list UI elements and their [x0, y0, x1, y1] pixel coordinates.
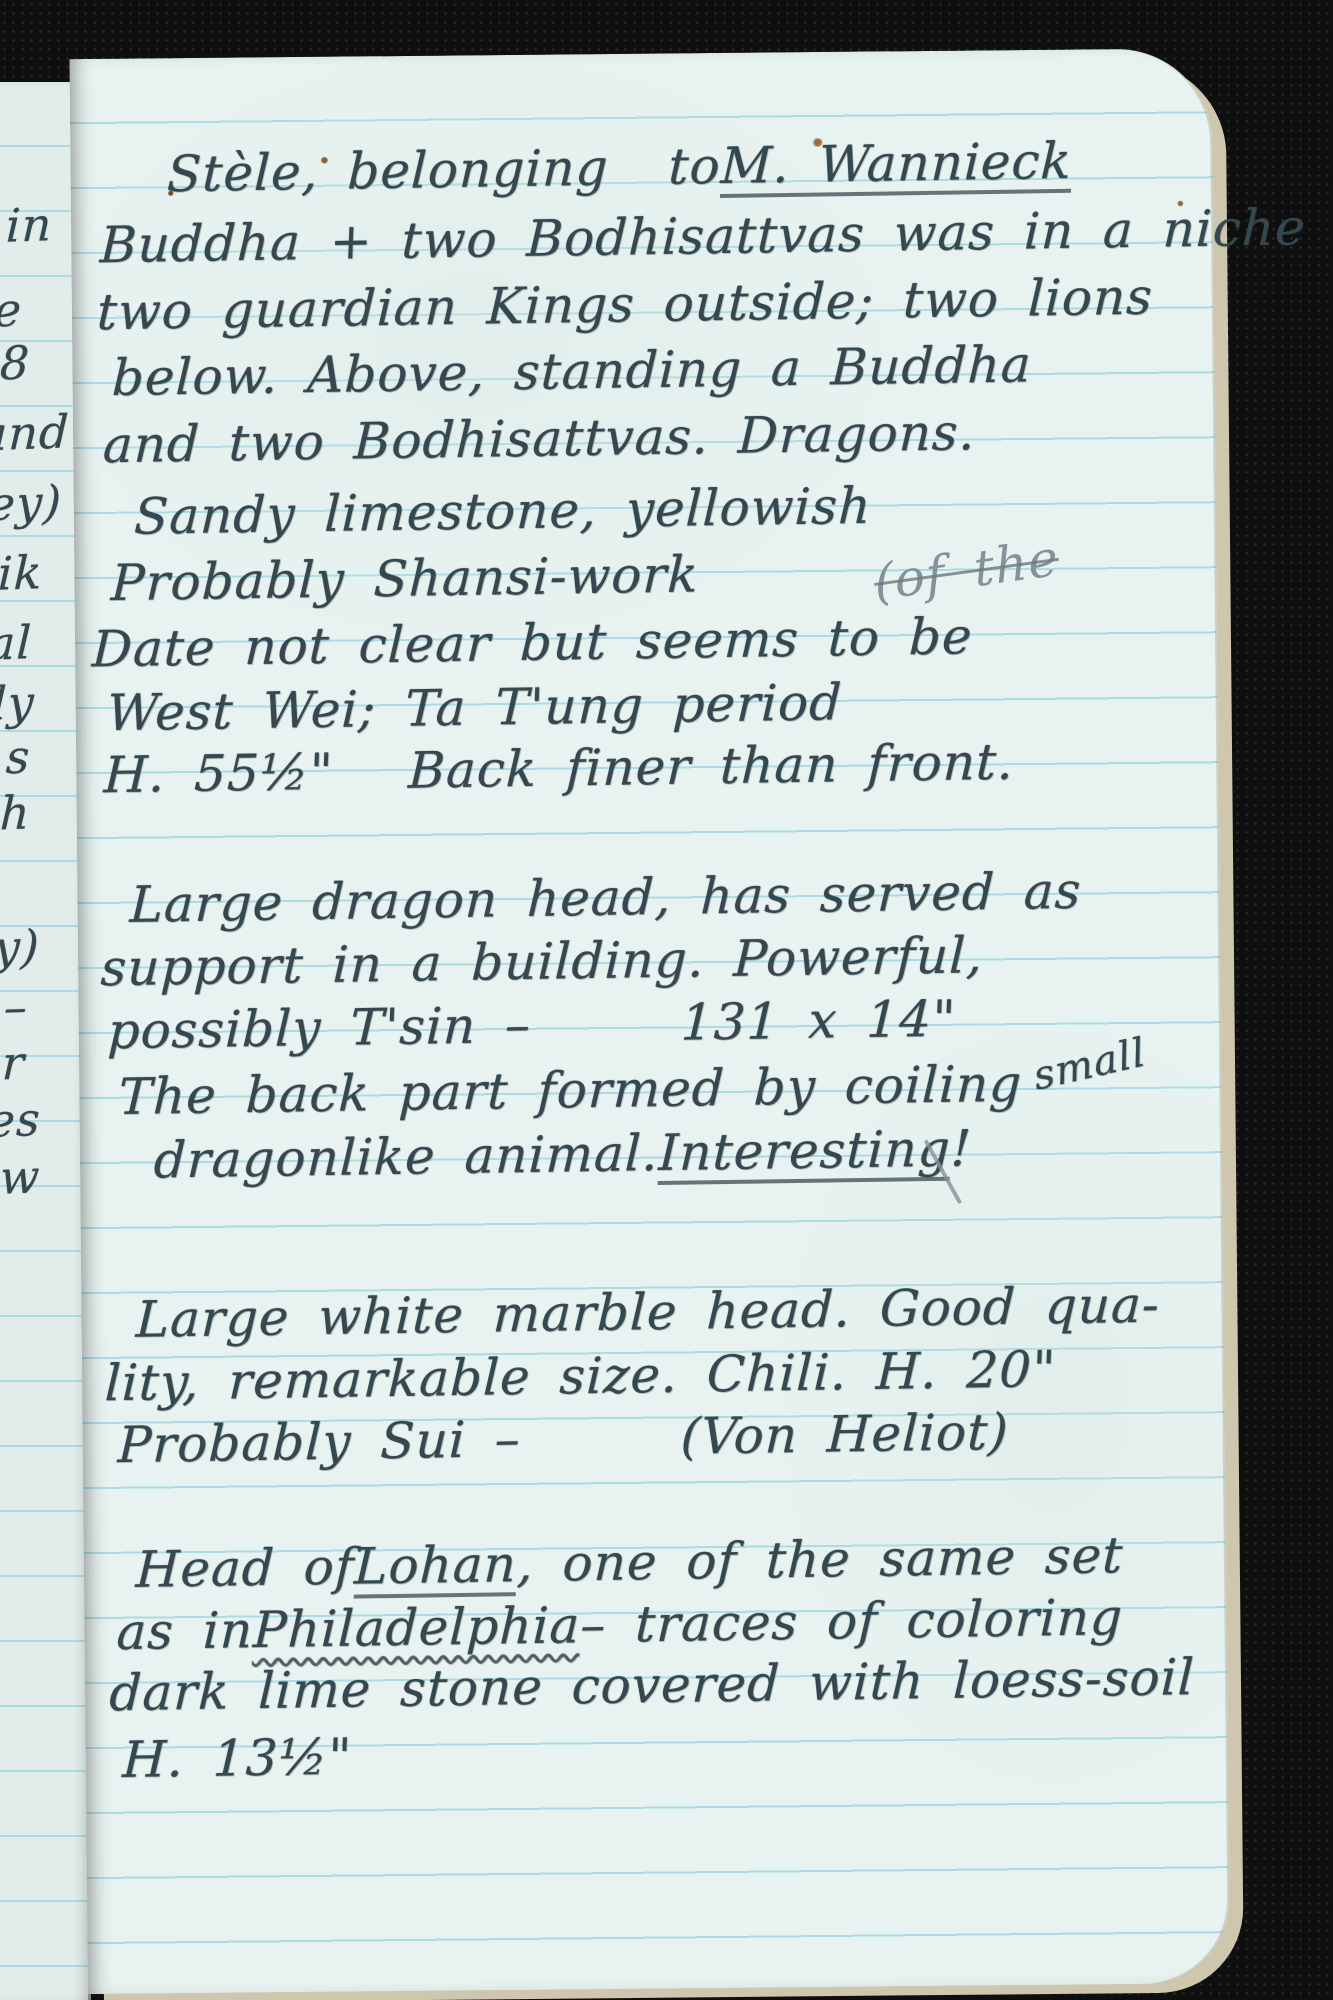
cut-off-word-fragment: ey) — [0, 479, 63, 528]
notebook-page — [69, 48, 1230, 1994]
paper-stain — [812, 138, 823, 147]
cut-off-word-fragment: w — [0, 1153, 41, 1200]
cut-off-word-fragment: and — [0, 408, 70, 457]
paper-stain — [320, 157, 328, 164]
cut-off-word-fragment: ly — [0, 679, 36, 726]
cut-off-word-fragment: h — [0, 789, 31, 836]
cut-off-word-fragment: r — [1, 1040, 26, 1087]
cut-off-word-fragment: in — [5, 201, 53, 249]
cut-off-word-fragment: ik — [0, 549, 43, 597]
cut-off-word-fragment: e — [0, 287, 23, 334]
cut-off-word-fragment: es — [0, 1096, 42, 1144]
paper-stain — [168, 190, 174, 196]
cut-off-word-fragment: – — [3, 984, 29, 1031]
cut-off-word-fragment: 8 — [0, 339, 31, 386]
cut-off-word-fragment: al — [0, 619, 33, 667]
scanned-notebook-photo: ine8andey)ikallyshy)–resw Stèle, belongi… — [0, 0, 1333, 2000]
paper-stain — [1177, 200, 1184, 206]
cut-off-word-fragment: s — [5, 734, 31, 781]
cut-off-word-fragment: y) — [0, 923, 41, 971]
